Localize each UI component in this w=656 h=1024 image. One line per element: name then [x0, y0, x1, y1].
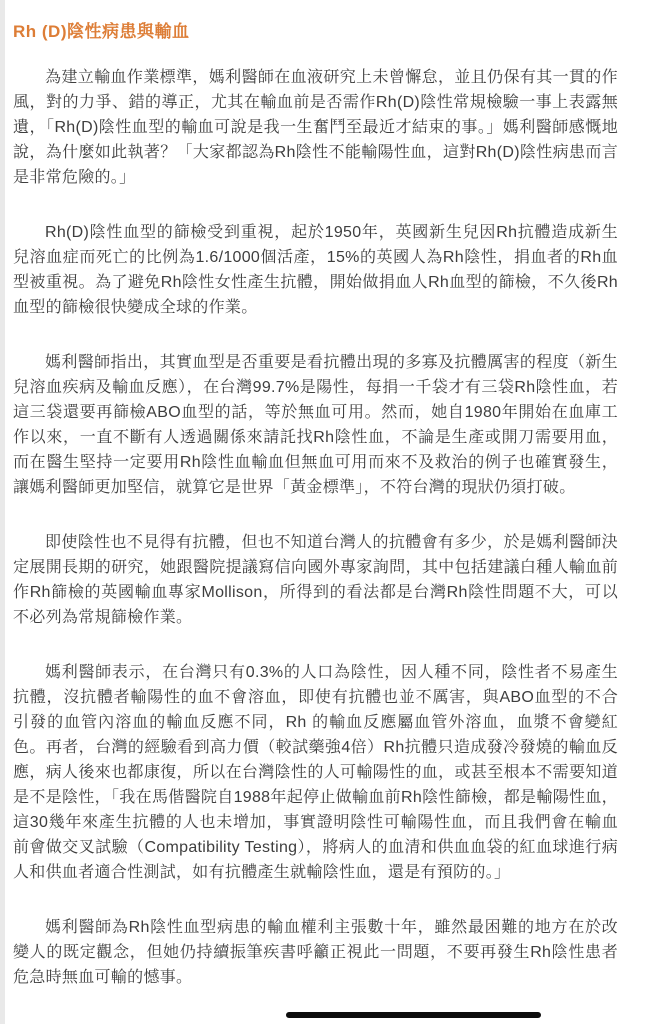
article-page: Rh (D)陰性病患與輸血 為建立輸血作業標準，媽利醫師在血液研究上未曾懈怠，並… — [0, 0, 656, 1024]
article-paragraph: 媽利醫師為Rh陰性血型病患的輸血權利主張數十年，雖然最困難的地方在於改變人的既定… — [13, 915, 618, 990]
article-paragraph: 媽利醫師表示，在台灣只有0.3%的人口為陰性，因人種不同，陰性者不易產生抗體，沒… — [13, 660, 618, 885]
article-content: Rh (D)陰性病患與輸血 為建立輸血作業標準，媽利醫師在血液研究上未曾懈怠，並… — [0, 0, 656, 1020]
article-paragraph: 為建立輸血作業標準，媽利醫師在血液研究上未曾懈怠，並且仍保有其一貫的作風，對的力… — [13, 65, 618, 190]
article-paragraph: 即使陰性也不見得有抗體，但也不知道台灣人的抗體會有多少，於是媽利醫師決定展開長期… — [13, 530, 618, 630]
article-title: Rh (D)陰性病患與輸血 — [13, 17, 618, 42]
article-paragraph: 媽利醫師指出，其實血型是否重要是看抗體出現的多寡及抗體厲害的程度（新生兒溶血疾病… — [13, 350, 618, 500]
article-paragraph: Rh(D)陰性血型的篩檢受到重視，起於1950年，英國新生兒因Rh抗體造成新生兒… — [13, 220, 618, 320]
home-indicator-bar[interactable] — [286, 1012, 541, 1018]
